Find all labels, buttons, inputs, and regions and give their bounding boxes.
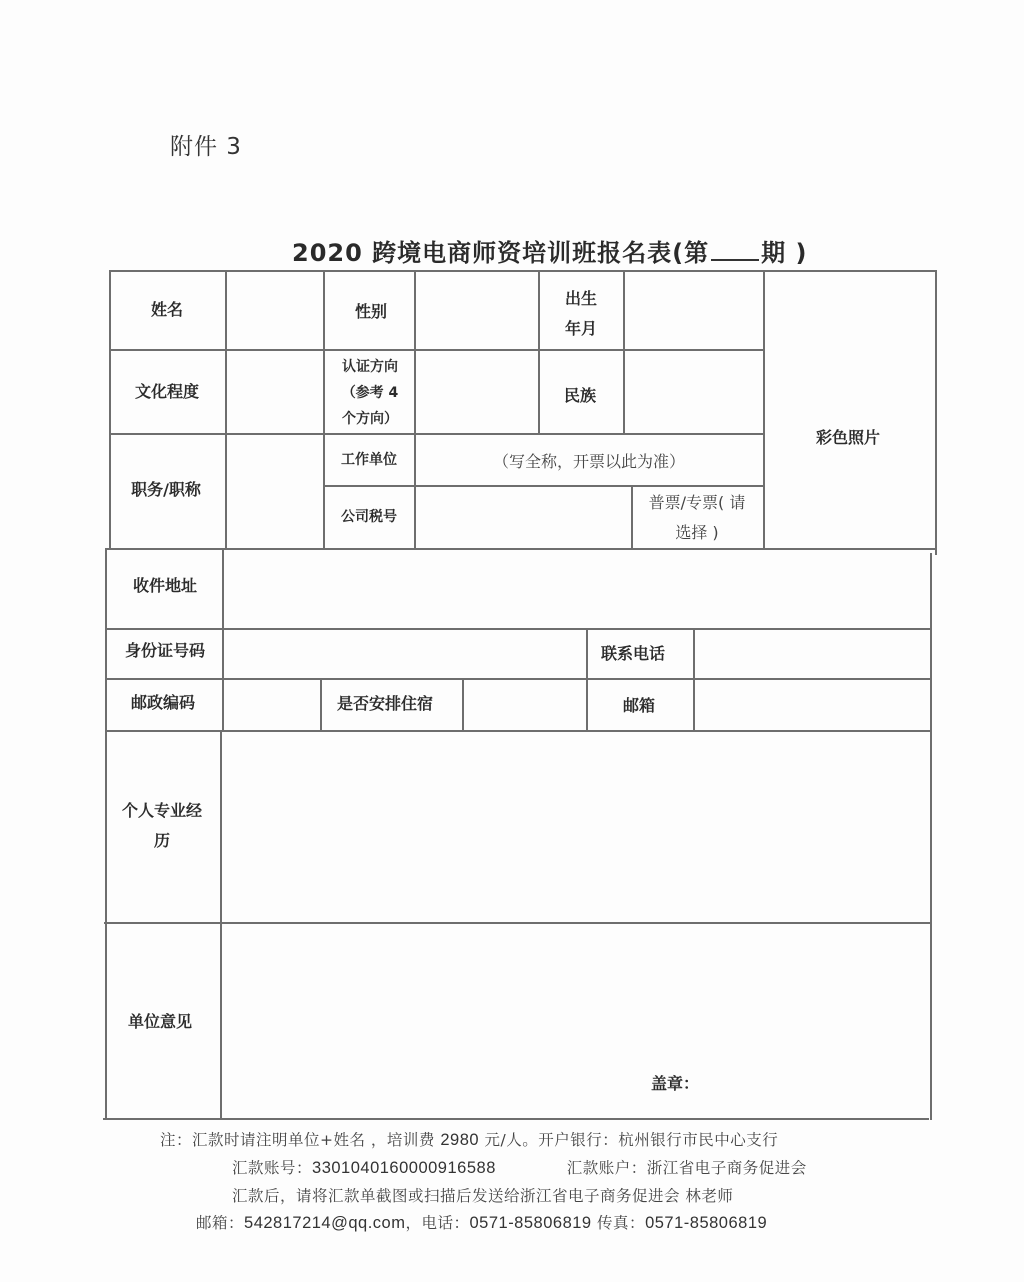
cert-direction-input[interactable] xyxy=(416,351,537,432)
address-label: 收件地址 xyxy=(133,571,197,601)
table-border-left-a xyxy=(109,270,111,550)
contact-fax: 0571-85806819 xyxy=(645,1214,767,1232)
name-label: 姓名 xyxy=(151,295,183,325)
education-input[interactable] xyxy=(227,351,322,432)
id-number-input[interactable] xyxy=(224,630,585,677)
note-line-1: 注：汇款时请注明单位+姓名 ，培训费 2980 元/人。开户银行：杭州银行市民中… xyxy=(160,1128,778,1150)
photo-label: 彩色照片 xyxy=(816,423,880,453)
title-prefix: 2020 跨境电商师资培训班报名表(第 xyxy=(292,239,709,267)
experience-input[interactable] xyxy=(222,732,929,921)
id-number-label: 身份证号码 xyxy=(125,636,205,666)
col-divider xyxy=(631,485,633,549)
contact-email[interactable]: 542817214@qq.com xyxy=(244,1214,405,1232)
email-label: 邮箱 xyxy=(623,691,655,721)
phone-input[interactable] xyxy=(695,630,929,677)
form-title: 2020 跨境电商师资培训班报名表(第期 ) xyxy=(292,233,807,268)
note-line-2: 汇款账号：3301040160000916588 汇款账户：浙江省电子商务促进会 xyxy=(232,1156,807,1178)
table-border-right-a xyxy=(935,270,937,555)
position-input[interactable] xyxy=(227,435,322,547)
period-blank[interactable] xyxy=(711,241,759,261)
gender-input[interactable] xyxy=(416,272,537,348)
ethnicity-input[interactable] xyxy=(625,351,762,432)
birth-label-line1: 出生 xyxy=(565,284,597,314)
unit-opinion-input[interactable] xyxy=(222,924,929,1117)
contact-phone: 0571-85806819 xyxy=(469,1214,591,1232)
employer-hint: （写全称，开票以此为准） xyxy=(493,447,685,477)
birth-date-input[interactable] xyxy=(625,272,762,348)
seal-label: 盖章： xyxy=(651,1069,699,1099)
col-divider xyxy=(323,270,325,549)
note-bank: 元/人。开户银行：杭州银行市民中心支行 xyxy=(485,1131,779,1149)
ethnicity-label: 民族 xyxy=(564,381,596,411)
position-label: 职务/职称 xyxy=(131,475,201,505)
contact-email-label: 邮箱： xyxy=(196,1214,244,1232)
note-line-3: 汇款后，请将汇款单截图或扫描后发送给浙江省电子商务促进会 林老师 xyxy=(232,1184,733,1206)
address-input[interactable] xyxy=(224,550,929,627)
contact-fax-label: 传真： xyxy=(597,1214,645,1232)
title-suffix: 期 ) xyxy=(761,239,807,267)
postal-code-input[interactable] xyxy=(224,680,319,729)
birth-label-line2: 年月 xyxy=(565,314,597,344)
unit-opinion-label: 单位意见 xyxy=(128,1007,192,1037)
invoice-type-line1: 普票/专票( 请 xyxy=(649,488,746,518)
col-divider xyxy=(320,678,322,730)
col-divider xyxy=(538,270,540,434)
contact-phone-label: ，电话： xyxy=(405,1214,469,1232)
account-no-label: 汇款账号： xyxy=(232,1159,312,1177)
note-line-4: 邮箱：542817214@qq.com，电话：0571-85806819 传真：… xyxy=(196,1211,767,1233)
tax-id-label: 公司税号 xyxy=(341,504,397,530)
table-border-right-b xyxy=(930,553,932,1120)
gender-label: 性别 xyxy=(355,297,387,327)
invoice-type-select[interactable]: 普票/专票( 请 选择 ) xyxy=(649,488,746,548)
experience-line1: 个人专业经 xyxy=(122,796,202,826)
col-divider xyxy=(586,628,588,730)
employer-label: 工作单位 xyxy=(341,447,397,473)
cert-direction-label: 认证方向 （参考 4 个方向） xyxy=(342,354,399,432)
accommodation-input[interactable] xyxy=(464,680,585,729)
cert-direction-line2: （参考 4 xyxy=(342,380,399,406)
experience-line2: 历 xyxy=(122,826,202,856)
postal-code-label: 邮政编码 xyxy=(131,688,195,718)
email-input[interactable] xyxy=(695,680,929,729)
invoice-type-line2: 选择 ) xyxy=(649,518,746,548)
tax-id-input[interactable] xyxy=(416,487,630,547)
attachment-label: 附件 3 xyxy=(170,128,242,161)
experience-label: 个人专业经 历 xyxy=(122,796,202,856)
table-border-bottom xyxy=(103,1118,929,1120)
account-no: 3301040160000916588 xyxy=(312,1159,496,1177)
name-input[interactable] xyxy=(227,272,322,348)
cert-direction-line1: 认证方向 xyxy=(342,354,399,380)
phone-label: 联系电话 xyxy=(601,639,665,669)
account-name: 汇款账户：浙江省电子商务促进会 xyxy=(567,1159,807,1177)
accommodation-label: 是否安排住宿 xyxy=(337,689,433,719)
cert-direction-line3: 个方向） xyxy=(342,406,399,432)
training-fee: 2980 xyxy=(440,1131,479,1149)
table-border-left-b xyxy=(105,548,107,1120)
photo-upload-area[interactable] xyxy=(765,272,934,547)
note-fee-prefix: 注：汇款时请注明单位+姓名 ，培训费 xyxy=(160,1131,435,1149)
birth-label: 出生 年月 xyxy=(565,284,597,344)
education-label: 文化程度 xyxy=(135,377,199,407)
